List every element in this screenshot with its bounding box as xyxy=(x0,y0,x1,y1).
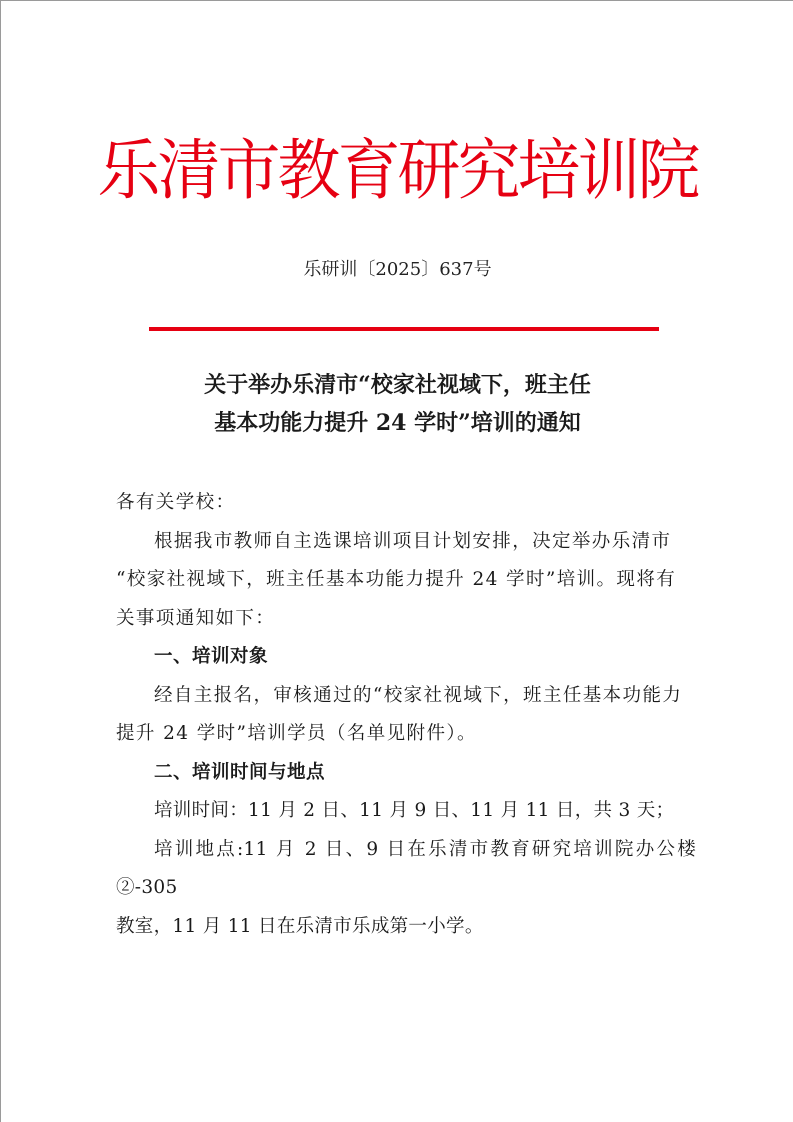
document-page: 乐清市教育研究培训院 乐研训〔2025〕637号 关于举办乐清市“校家社视域下，… xyxy=(0,0,793,1122)
intro-line-1: 根据我市教师自主选课培训项目计划安排，决定举办乐清市 xyxy=(116,523,696,562)
intro-line-3: 关事项通知如下： xyxy=(116,600,696,639)
training-place-line-2: 教室，11 月 11 日在乐清市乐成第一小学。 xyxy=(116,908,696,947)
salutation: 各有关学校： xyxy=(116,484,696,523)
intro-line-2: “校家社视域下，班主任基本功能力提升 24 学时”培训。现将有 xyxy=(116,561,696,600)
masthead-title: 乐清市教育研究培训院 xyxy=(1,127,793,215)
targets-line-1: 经自主报名，审核通过的“校家社视域下，班主任基本功能力 xyxy=(116,677,696,716)
document-number: 乐研训〔2025〕637号 xyxy=(1,257,793,283)
red-divider-rule xyxy=(149,327,659,331)
targets-line-2: 提升 24 学时”培训学员（名单见附件）。 xyxy=(116,715,696,754)
training-place-line-1: 培训地点:11 月 2 日、9 日在乐清市教育研究培训院办公楼②-305 xyxy=(116,831,696,908)
section-heading-time-and-place: 二、培训时间与地点 xyxy=(116,754,696,793)
notice-title-line-2: 基本功能力提升 24 学时”培训的通知 xyxy=(1,404,793,442)
notice-title-line-1: 关于举办乐清市“校家社视域下，班主任 xyxy=(1,366,793,404)
section-heading-training-targets: 一、培训对象 xyxy=(116,638,696,677)
training-time-line: 培训时间：11 月 2 日、11 月 9 日、11 月 11 日，共 3 天； xyxy=(116,792,696,831)
notice-title: 关于举办乐清市“校家社视域下，班主任 基本功能力提升 24 学时”培训的通知 xyxy=(1,366,793,442)
document-body: 各有关学校： 根据我市教师自主选课培训项目计划安排，决定举办乐清市 “校家社视域… xyxy=(116,484,696,946)
